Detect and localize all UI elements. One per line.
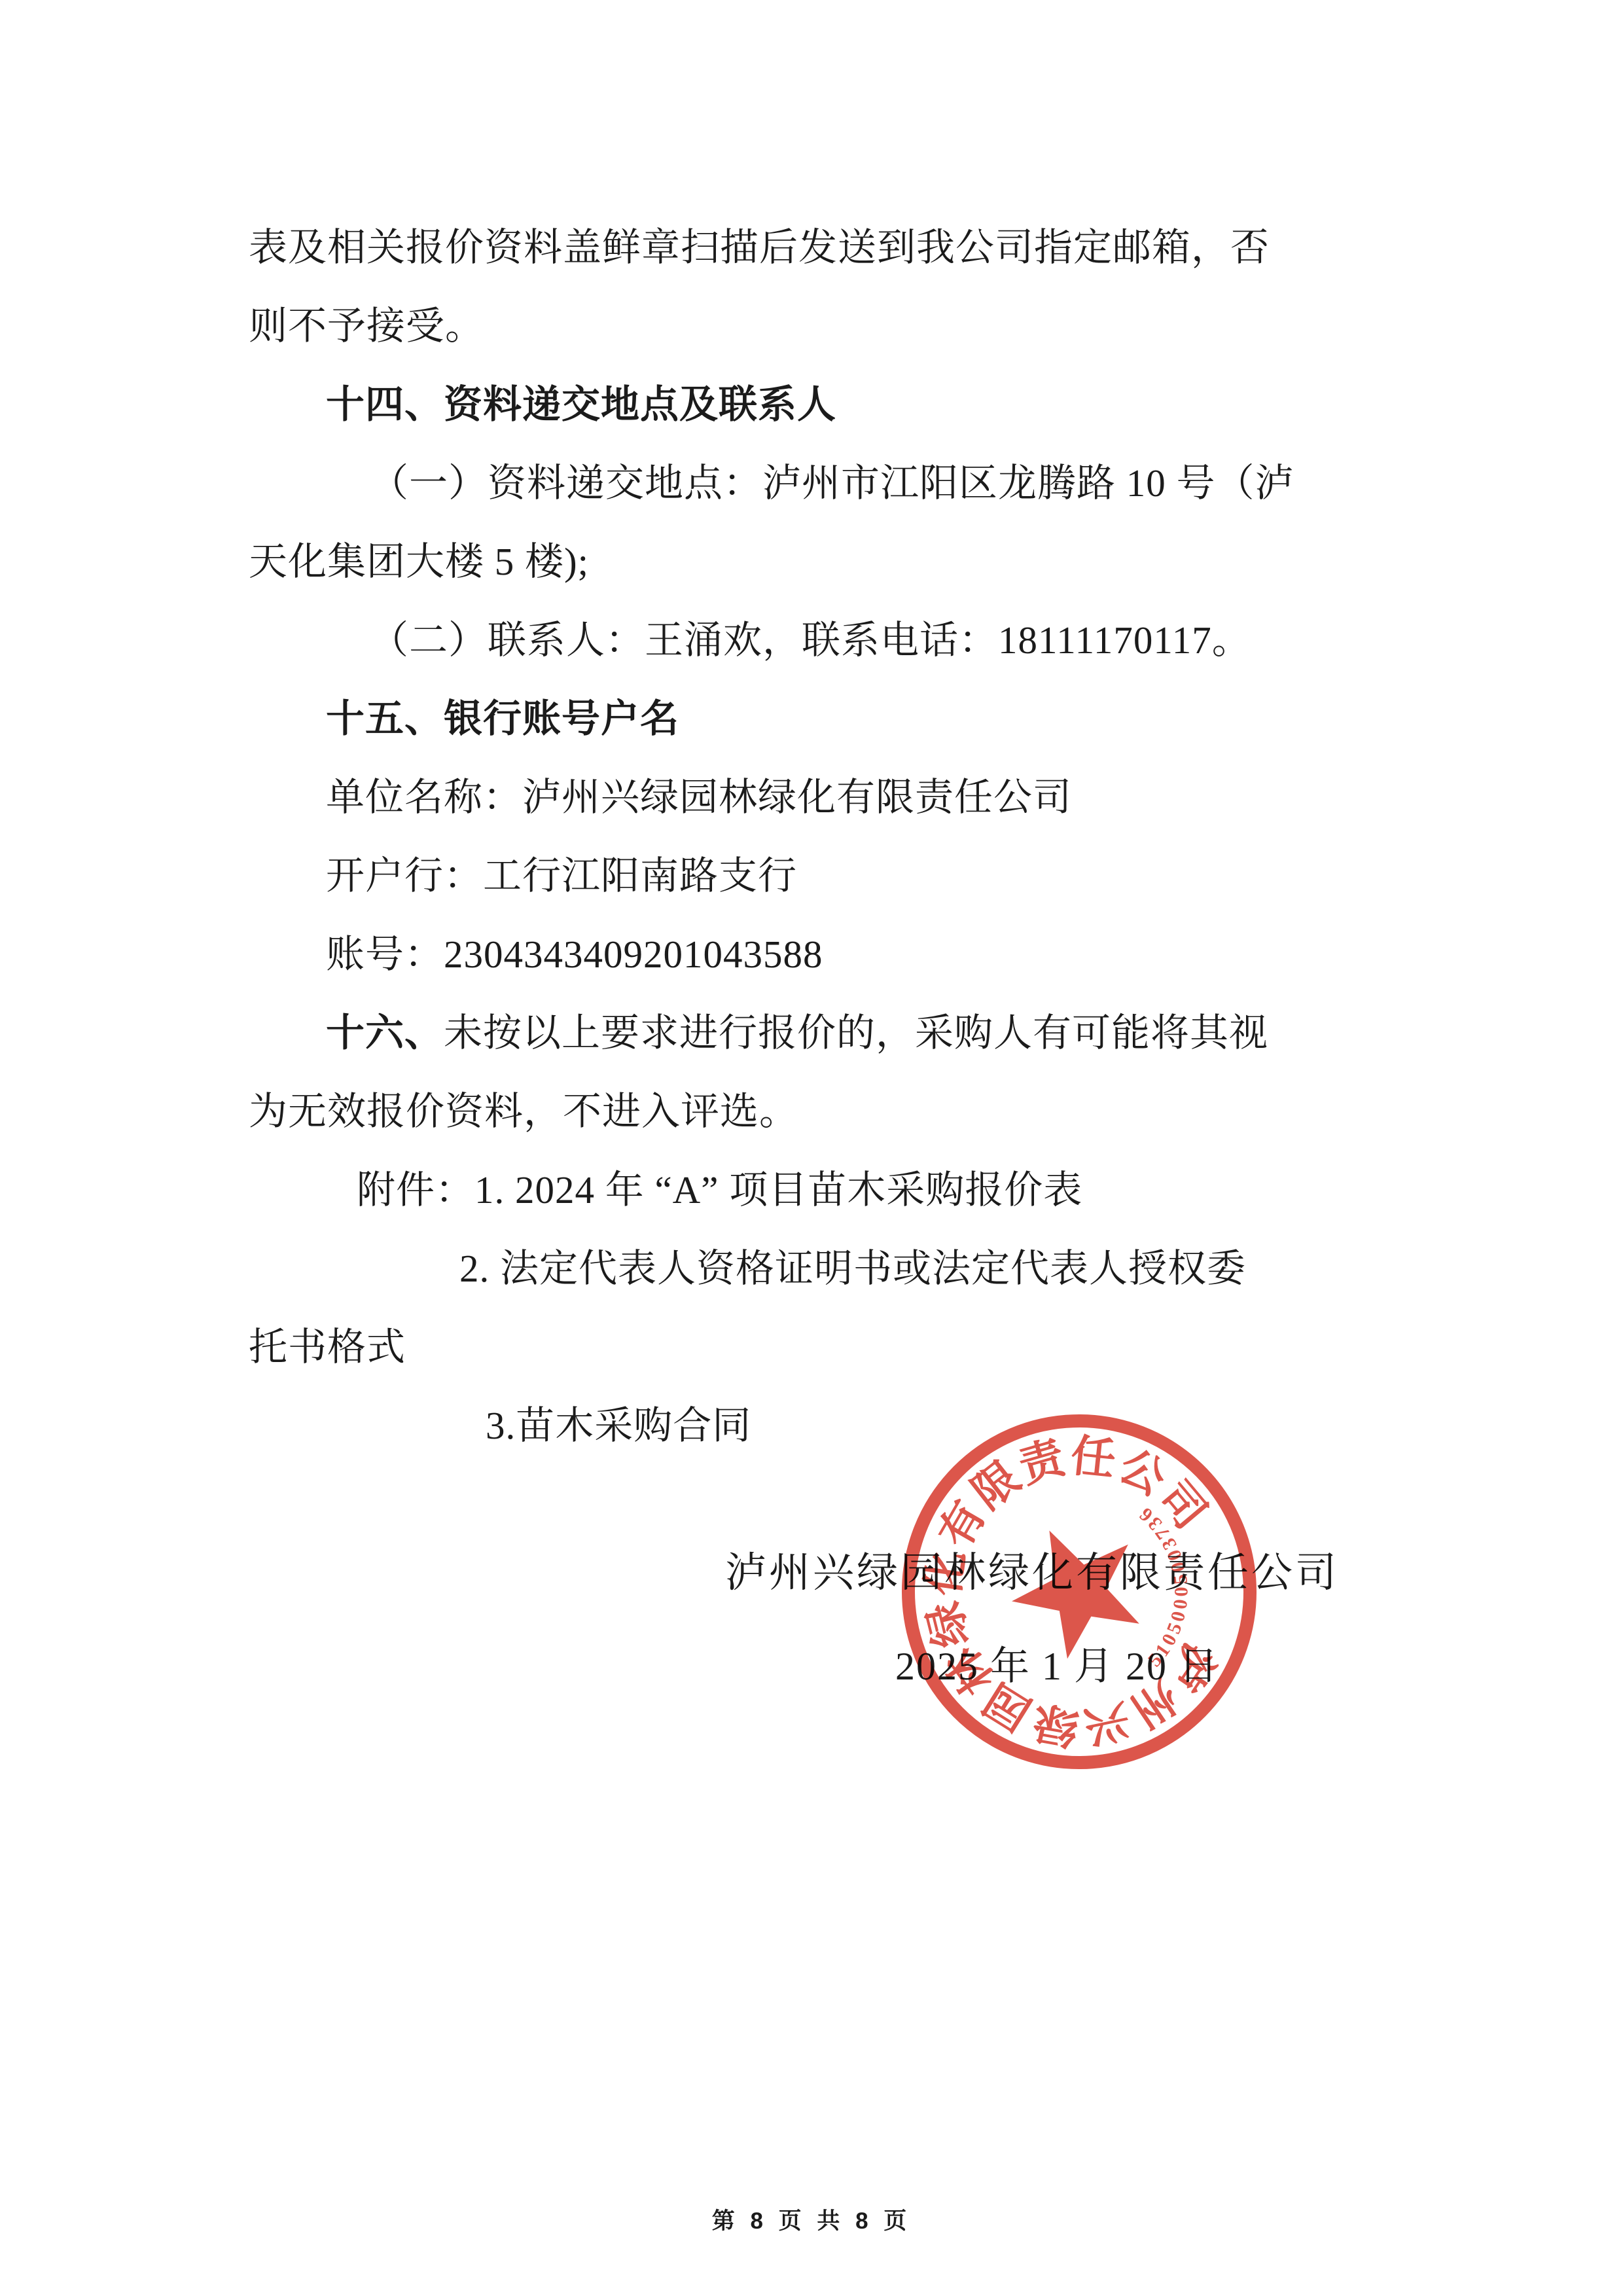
signature-company: 泸州兴绿园林绿化有限责任公司: [725, 1539, 1339, 1599]
text-line-6: （二）联系人：王涌欢，联系电话：18111170117。: [249, 601, 1387, 679]
svg-text:0: 0: [1169, 1598, 1192, 1611]
text-line-10: 账号：2304343409201043588: [249, 915, 1387, 994]
svg-text:6: 6: [1135, 1503, 1157, 1526]
attachment-line-2: 2. 法定代表人资格证明书或法定代表人授权委: [249, 1229, 1387, 1308]
text-line-8: 单位名称：泸州兴绿园林绿化有限责任公司: [249, 758, 1387, 836]
svg-text:兴: 兴: [1080, 1695, 1134, 1753]
section-heading-14: 十四、资料递交地点及联系人: [249, 365, 1387, 444]
attachment-line-2b: 托书格式: [249, 1308, 1387, 1386]
attachment-line-1: 附件：1. 2024 年 “A” 项目苗木采购报价表: [249, 1151, 1387, 1229]
text-line-5: 天化集团大楼 5 楼);: [249, 522, 1387, 601]
text-line-1: 表及相关报价资料盖鲜章扫描后发送到我公司指定邮箱，否: [249, 208, 1387, 287]
svg-text:3: 3: [1144, 1513, 1167, 1534]
signature-date: 2025 年 1 月 20 日: [895, 1635, 1219, 1691]
bold-prefix: 十四、资料递交地点及联系人: [326, 383, 836, 426]
text-line-2: 则不予接受。: [249, 287, 1387, 365]
section-heading-15: 十五、银行账号户名: [249, 679, 1387, 758]
text-line-4: （一）资料递交地点：泸州市江阳区龙腾路 10 号（泸: [249, 444, 1387, 522]
document-body: 表及相关报价资料盖鲜章扫描后发送到我公司指定邮箱，否 则不予接受。 十四、资料递…: [249, 208, 1387, 1465]
bold-prefix: 十六、: [326, 1011, 444, 1054]
text-line-9: 开户行：工行江阳南路支行: [249, 836, 1387, 915]
page-footer: 第 8 页 共 8 页: [0, 2203, 1623, 2236]
document-page: 表及相关报价资料盖鲜章扫描后发送到我公司指定邮箱，否 则不予接受。 十四、资料递…: [0, 0, 1623, 2296]
svg-text:司: 司: [1149, 1472, 1216, 1538]
svg-text:绿: 绿: [1029, 1696, 1082, 1753]
text-line-12: 为无效报价资料，不进入评选。: [249, 1072, 1387, 1151]
bold-prefix: 十五、银行账号户名: [326, 697, 679, 740]
attachment-line-3: 3.苗木采购合同: [249, 1386, 1387, 1465]
svg-text:5: 5: [1163, 1620, 1186, 1637]
svg-text:0: 0: [1167, 1609, 1190, 1624]
section-heading-16: 十六、未按以上要求进行报价的，采购人有可能将其视: [249, 994, 1387, 1072]
